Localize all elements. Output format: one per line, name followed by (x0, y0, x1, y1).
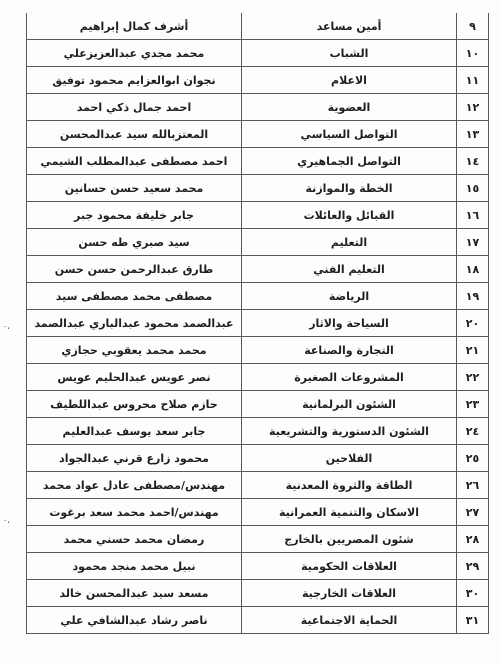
row-number-cell: ٩ (457, 13, 489, 40)
table-row: ١١الاعلامنجوان ابوالعزايم محمود توفيق (27, 67, 489, 94)
person-name-cell: محمود زارع قرني عبدالجواد (27, 445, 242, 472)
person-name-cell: عبدالصمد محمود عبدالباري عبدالصمد (27, 310, 242, 337)
row-number-cell: ٣٠ (457, 580, 489, 607)
table-row: ٣٠العلاقات الخارجيةمسعد سيد عبدالمحسن خا… (27, 580, 489, 607)
row-number-cell: ٢٣ (457, 391, 489, 418)
table-row: ١٥الخطة والموازنةمحمد سعيد حسن حسانين (27, 175, 489, 202)
row-number-cell: ١٧ (457, 229, 489, 256)
row-number-cell: ١١ (457, 67, 489, 94)
table-row: ٢٣الشئون البرلمانيةحازم صلاح محروس عبدال… (27, 391, 489, 418)
department-cell: التعليم الفني (242, 256, 457, 283)
row-number-cell: ٢٧ (457, 499, 489, 526)
person-name-cell: احمد جمال ذكي احمد (27, 94, 242, 121)
person-name-cell: محمد سعيد حسن حسانين (27, 175, 242, 202)
row-number-cell: ٢٥ (457, 445, 489, 472)
person-name-cell: محمد مجدي عبدالعزيزعلي (27, 40, 242, 67)
person-name-cell: المعتزبالله سيد عبدالمحسن (27, 121, 242, 148)
department-cell: الرياضة (242, 283, 457, 310)
table-row: ١٨التعليم الفنيطارق عبدالرحمن حسن حسن (27, 256, 489, 283)
person-name-cell: سيد صبري طه حسن (27, 229, 242, 256)
table-row: ٢١التجارة والصناعةمحمد محمد يعقوبي حجازي (27, 337, 489, 364)
committee-assignments-table: ٩أمين مساعدأشرف كمال إبراهيم١٠الشبابمحمد… (26, 13, 489, 634)
table-row: ٢٦الطاقة والثروة المعدنيةمهندس/مصطفى عاد… (27, 472, 489, 499)
row-number-cell: ٢٦ (457, 472, 489, 499)
department-cell: العلاقات الخارجية (242, 580, 457, 607)
table-row: ١٤التواصل الجماهيرياحمد مصطفى عبدالمطلب … (27, 148, 489, 175)
department-cell: التواصل السياسي (242, 121, 457, 148)
department-cell: العضوية (242, 94, 457, 121)
table-row: ٣١الحماية الاجتماعيةناصر رشاد عبدالشافي … (27, 607, 489, 634)
person-name-cell: مهندس/مصطفى عادل عواد محمد (27, 472, 242, 499)
table-row: ١٦القبائل والعائلاتجابر خليفة محمود جبر (27, 202, 489, 229)
row-number-cell: ٣١ (457, 607, 489, 634)
margin-mark: ٠، (3, 516, 10, 525)
row-number-cell: ٢١ (457, 337, 489, 364)
row-number-cell: ١٠ (457, 40, 489, 67)
row-number-cell: ٢٨ (457, 526, 489, 553)
person-name-cell: محمد محمد يعقوبي حجازي (27, 337, 242, 364)
table-row: ١٢العضويةاحمد جمال ذكي احمد (27, 94, 489, 121)
department-cell: الشئون الدستورية والتشريعية (242, 418, 457, 445)
department-cell: التجارة والصناعة (242, 337, 457, 364)
department-cell: الحماية الاجتماعية (242, 607, 457, 634)
person-name-cell: مصطفى محمد مصطفى سيد (27, 283, 242, 310)
department-cell: التواصل الجماهيري (242, 148, 457, 175)
person-name-cell: جابر سعد يوسف عبدالعليم (27, 418, 242, 445)
row-number-cell: ٢٠ (457, 310, 489, 337)
table-row: ٢٢المشروعات الصغيرةنصر عويس عبدالحليم عو… (27, 364, 489, 391)
department-cell: التعليم (242, 229, 457, 256)
table-row: ١٠الشبابمحمد مجدي عبدالعزيزعلي (27, 40, 489, 67)
table-row: ١٩الرياضةمصطفى محمد مصطفى سيد (27, 283, 489, 310)
department-cell: المشروعات الصغيرة (242, 364, 457, 391)
department-cell: الاعلام (242, 67, 457, 94)
person-name-cell: نبيل محمد منجد محمود (27, 553, 242, 580)
table-row: ٢٠السياحة والاثارعبدالصمد محمود عبدالبار… (27, 310, 489, 337)
person-name-cell: رمضان محمد حسني محمد (27, 526, 242, 553)
department-cell: الشئون البرلمانية (242, 391, 457, 418)
person-name-cell: مسعد سيد عبدالمحسن خالد (27, 580, 242, 607)
department-cell: الخطة والموازنة (242, 175, 457, 202)
row-number-cell: ٢٩ (457, 553, 489, 580)
table-row: ٩أمين مساعدأشرف كمال إبراهيم (27, 13, 489, 40)
department-cell: الشباب (242, 40, 457, 67)
department-cell: الفلاحين (242, 445, 457, 472)
table-row: ٢٩العلاقات الحكوميةنبيل محمد منجد محمود (27, 553, 489, 580)
person-name-cell: نجوان ابوالعزايم محمود توفيق (27, 67, 242, 94)
margin-mark: ٠، (3, 322, 10, 331)
person-name-cell: مهندس/احمد محمد سعد برغوت (27, 499, 242, 526)
table-row: ١٧التعليمسيد صبري طه حسن (27, 229, 489, 256)
department-cell: أمين مساعد (242, 13, 457, 40)
row-number-cell: ١٥ (457, 175, 489, 202)
scanned-document-page: ٩أمين مساعدأشرف كمال إبراهيم١٠الشبابمحمد… (0, 0, 501, 665)
department-cell: السياحة والاثار (242, 310, 457, 337)
department-cell: الاسكان والتنمية العمرانية (242, 499, 457, 526)
row-number-cell: ١٦ (457, 202, 489, 229)
department-cell: شئون المصريين بالخارج (242, 526, 457, 553)
person-name-cell: احمد مصطفى عبدالمطلب الشيمي (27, 148, 242, 175)
row-number-cell: ٢٤ (457, 418, 489, 445)
table-row: ٢٥الفلاحينمحمود زارع قرني عبدالجواد (27, 445, 489, 472)
person-name-cell: نصر عويس عبدالحليم عويس (27, 364, 242, 391)
person-name-cell: أشرف كمال إبراهيم (27, 13, 242, 40)
row-number-cell: ١٤ (457, 148, 489, 175)
person-name-cell: حازم صلاح محروس عبداللطيف (27, 391, 242, 418)
department-cell: العلاقات الحكومية (242, 553, 457, 580)
person-name-cell: ناصر رشاد عبدالشافي علي (27, 607, 242, 634)
row-number-cell: ٢٢ (457, 364, 489, 391)
table-row: ٢٤الشئون الدستورية والتشريعيةجابر سعد يو… (27, 418, 489, 445)
person-name-cell: طارق عبدالرحمن حسن حسن (27, 256, 242, 283)
row-number-cell: ١٨ (457, 256, 489, 283)
table-row: ٢٧الاسكان والتنمية العمرانيةمهندس/احمد م… (27, 499, 489, 526)
row-number-cell: ١٢ (457, 94, 489, 121)
table-row: ٢٨شئون المصريين بالخارجرمضان محمد حسني م… (27, 526, 489, 553)
row-number-cell: ١٣ (457, 121, 489, 148)
person-name-cell: جابر خليفة محمود جبر (27, 202, 242, 229)
row-number-cell: ١٩ (457, 283, 489, 310)
department-cell: الطاقة والثروة المعدنية (242, 472, 457, 499)
department-cell: القبائل والعائلات (242, 202, 457, 229)
table-row: ١٣التواصل السياسيالمعتزبالله سيد عبدالمح… (27, 121, 489, 148)
